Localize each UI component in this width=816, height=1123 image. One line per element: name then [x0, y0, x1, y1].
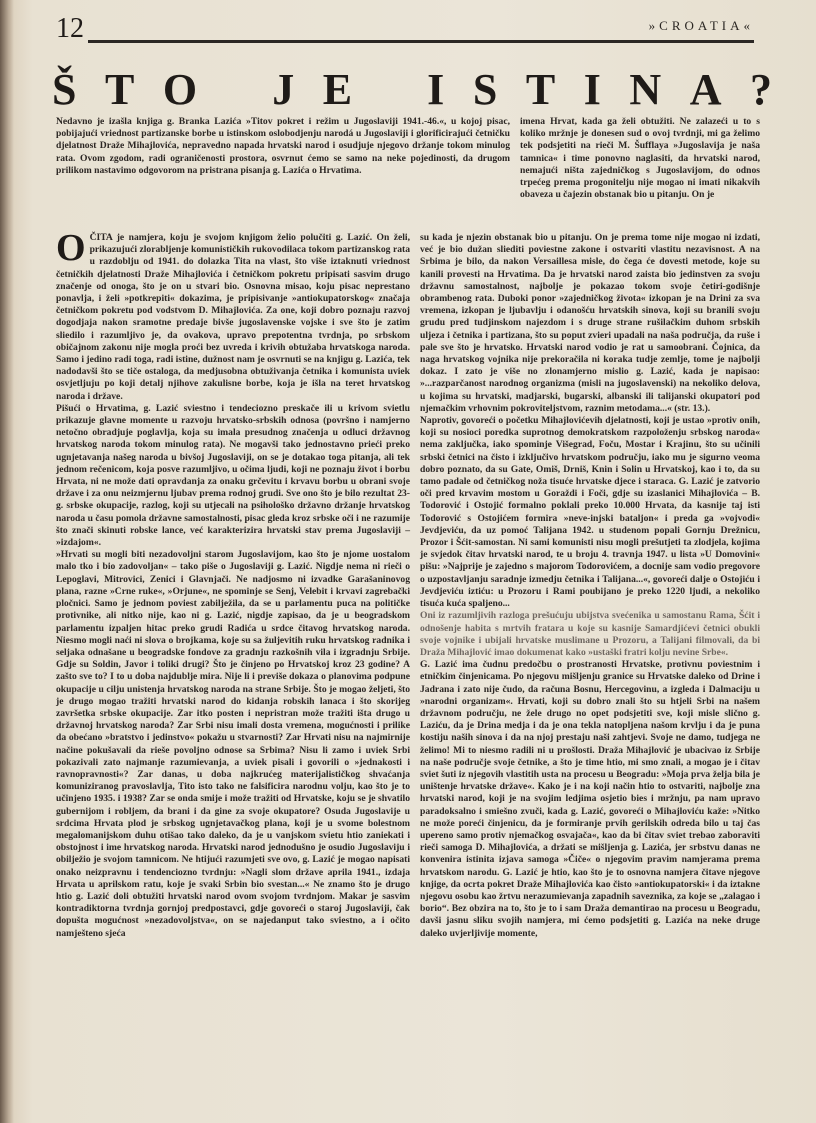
paragraph: »Hrvati su mogli biti nezadovoljni staro…: [56, 549, 410, 940]
left-column: OČITA je namjera, koju je svojom knjigom…: [56, 232, 410, 940]
title-space: [226, 66, 244, 114]
title-letter: O: [163, 66, 197, 114]
header-rule: [88, 40, 646, 43]
title-letter: N: [629, 66, 661, 114]
article-title: Š T O J E I S T I N A ?: [52, 66, 772, 114]
paragraph: Naprotiv, govoreći o početku Mihajloviće…: [420, 415, 760, 610]
title-letter: I: [584, 66, 601, 114]
title-letter: I: [427, 66, 444, 114]
paragraph: Oni iz razumljivih razloga prešućuju ubi…: [420, 610, 760, 659]
right-column: su kada je njezin obstanak bio u pitanju…: [420, 232, 760, 940]
title-letter: T: [105, 66, 134, 114]
page-number: 12: [56, 14, 84, 44]
page-edge-shadow: [0, 0, 14, 1123]
newspaper-page: 12 »CROATIA« Š T O J E I S T I N A ? Ned…: [0, 0, 816, 1123]
publication-rule: [646, 40, 754, 43]
title-letter: Š: [52, 66, 76, 114]
paragraph: G. Lazić ima čudnu predočbu o prostranos…: [420, 659, 760, 940]
title-space: [381, 66, 399, 114]
title-letter: S: [473, 66, 497, 114]
paragraph: Pišući o Hrvatima, g. Lazić sviestno i t…: [56, 403, 410, 549]
article-intro-right: imena Hrvat, kada ga želi obtužiti. Ne z…: [520, 116, 760, 201]
title-letter: J: [272, 66, 294, 114]
intro-paragraph: Nedavno je izašla knjiga g. Branka Lazić…: [56, 116, 510, 177]
title-letter: E: [323, 66, 352, 114]
title-letter: T: [526, 66, 555, 114]
publication-name: »CROATIA«: [649, 18, 754, 34]
article-intro-left: Nedavno je izašla knjiga g. Branka Lazić…: [56, 116, 510, 177]
title-letter: A: [690, 66, 722, 114]
title-letter: ?: [750, 66, 772, 114]
drop-cap: O: [56, 233, 86, 263]
paragraph: su kada je njezin obstanak bio u pitanju…: [420, 232, 760, 415]
page-header: 12 »CROATIA«: [56, 14, 754, 44]
paragraph: OČITA je namjera, koju je svojom knjigom…: [56, 232, 410, 403]
intro-continuation: imena Hrvat, kada ga želi obtužiti. Ne z…: [520, 116, 760, 201]
